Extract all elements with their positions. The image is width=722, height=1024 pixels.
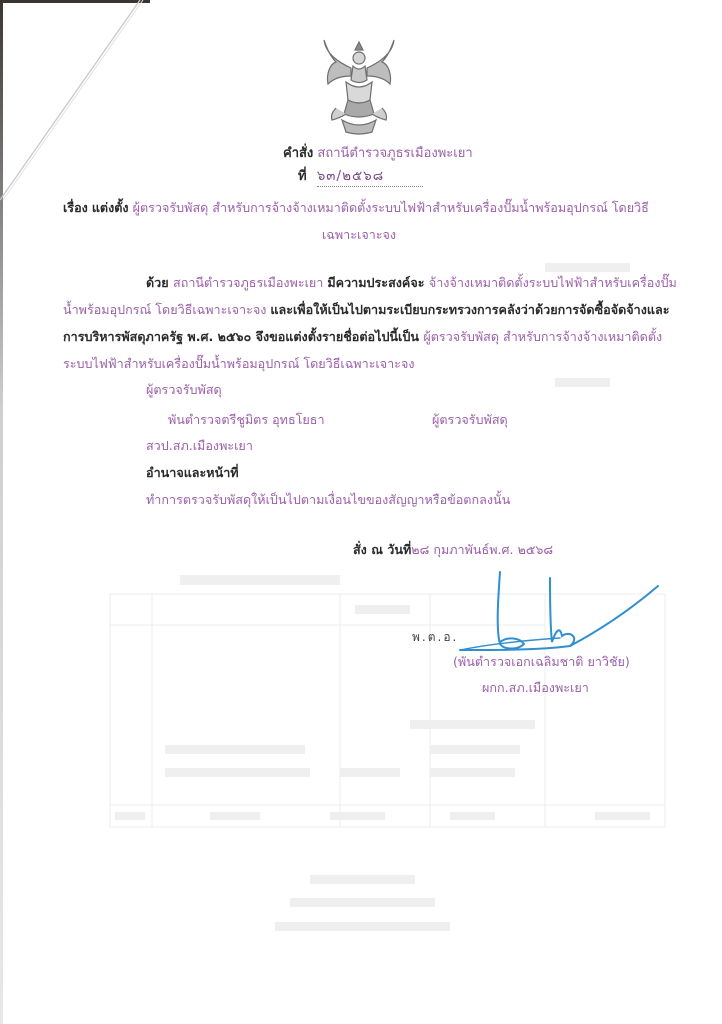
body-text-run: มีความประสงค์จะ	[327, 275, 428, 290]
duties-heading: อำนาจและหน้าที่	[146, 463, 239, 483]
garuda-emblem-icon	[318, 38, 400, 136]
inspectors-heading: ผู้ตรวจรับพัสดุ	[146, 380, 222, 400]
inspector-position: สวป.สภ.เมืองพะเยา	[146, 436, 253, 456]
body-text-run: การบริหารพัสดุภาครัฐ พ.ศ. ๒๕๖๐ จึงขอแต่ง…	[63, 329, 423, 344]
body-text-run: สถานีตำรวจภูธรเมืองพะเยา	[173, 275, 327, 290]
issuer-name: สถานีตำรวจภูธรเมืองพะเยา	[317, 146, 472, 161]
date-year: ๒๕๖๘	[518, 542, 554, 557]
date-prefix: สั่ง ณ วันที่	[353, 542, 411, 557]
order-number-label: ที่	[298, 169, 307, 184]
signer-position: ผกก.สภ.เมืองพะเยา	[482, 678, 589, 698]
inspector-name: พันตำรวจตรีชูมิตร อุทธโยธา	[168, 410, 325, 430]
subject-line: เรื่อง แต่งตั้ง ผู้ตรวจรับพัสดุ สำหรับกา…	[63, 198, 649, 218]
signer-name: (พันตำรวจเอกเฉลิมชาติ ยาวิชัย)	[453, 652, 630, 672]
body-text-run: ผู้ตรวจรับพัสดุ สำหรับการจ้างจ้างเหมาติด…	[423, 329, 662, 344]
subject-text-continued: เฉพาะเจาะจง	[322, 225, 396, 245]
inspector-role: ผู้ตรวจรับพัสดุ	[432, 410, 508, 430]
subject-label: เรื่อง	[63, 200, 88, 215]
body-text-run: ระบบไฟฟ้าสำหรับเครื่องปั๊มน้ำพร้อมอุปกรณ…	[63, 356, 414, 371]
date-month: กุมภาพันธ์	[433, 542, 489, 557]
date-year-label: พ.ศ.	[489, 542, 513, 557]
body-line-4: ระบบไฟฟ้าสำหรับเครื่องปั๊มน้ำพร้อมอุปกรณ…	[63, 354, 414, 374]
subject-text: ผู้ตรวจรับพัสดุ สำหรับการจ้างจ้างเหมาติด…	[133, 200, 649, 215]
order-header: คำสั่ง สถานีตำรวจภูธรเมืองพะเยา	[283, 142, 473, 163]
order-number-line: ที่ ๖๓/๒๕๖๘	[298, 164, 423, 187]
signature-initials: พ.ต.อ.	[412, 628, 458, 647]
body-line-1: ด้วย สถานีตำรวจภูธรเมืองพะเยา มีความประส…	[146, 273, 677, 293]
order-label: คำสั่ง	[283, 146, 313, 161]
date-day: ๒๘	[411, 542, 429, 557]
body-line-2: น้ำพร้อมอุปกรณ์ โดยวิธีเฉพาะเจาะจง และเพ…	[63, 300, 669, 320]
body-text-run: และเพื่อให้เป็นไปตามระเบียบกระทรวงการคลั…	[270, 302, 669, 317]
body-text-run: จ้างจ้างเหมาติดตั้งระบบไฟฟ้าสำหรับเครื่อ…	[429, 275, 677, 290]
duties-text: ทำการตรวจรับพัสดุให้เป็นไปตามเงื่อนไขของ…	[146, 490, 510, 510]
body-text-run: น้ำพร้อมอุปกรณ์ โดยวิธีเฉพาะเจาะจง	[63, 302, 270, 317]
order-number: ๖๓/๒๕๖๘	[317, 164, 423, 187]
body-text-run: ด้วย	[146, 275, 173, 290]
subject-action: แต่งตั้ง	[92, 200, 129, 215]
body-line-3: การบริหารพัสดุภาครัฐ พ.ศ. ๒๕๖๐ จึงขอแต่ง…	[63, 327, 662, 347]
document-page: คำสั่ง สถานีตำรวจภูธรเมืองพะเยา ที่ ๖๓/๒…	[0, 0, 722, 1024]
order-date: สั่ง ณ วันที่๒๘ กุมภาพันธ์พ.ศ. ๒๕๖๘	[353, 540, 553, 560]
